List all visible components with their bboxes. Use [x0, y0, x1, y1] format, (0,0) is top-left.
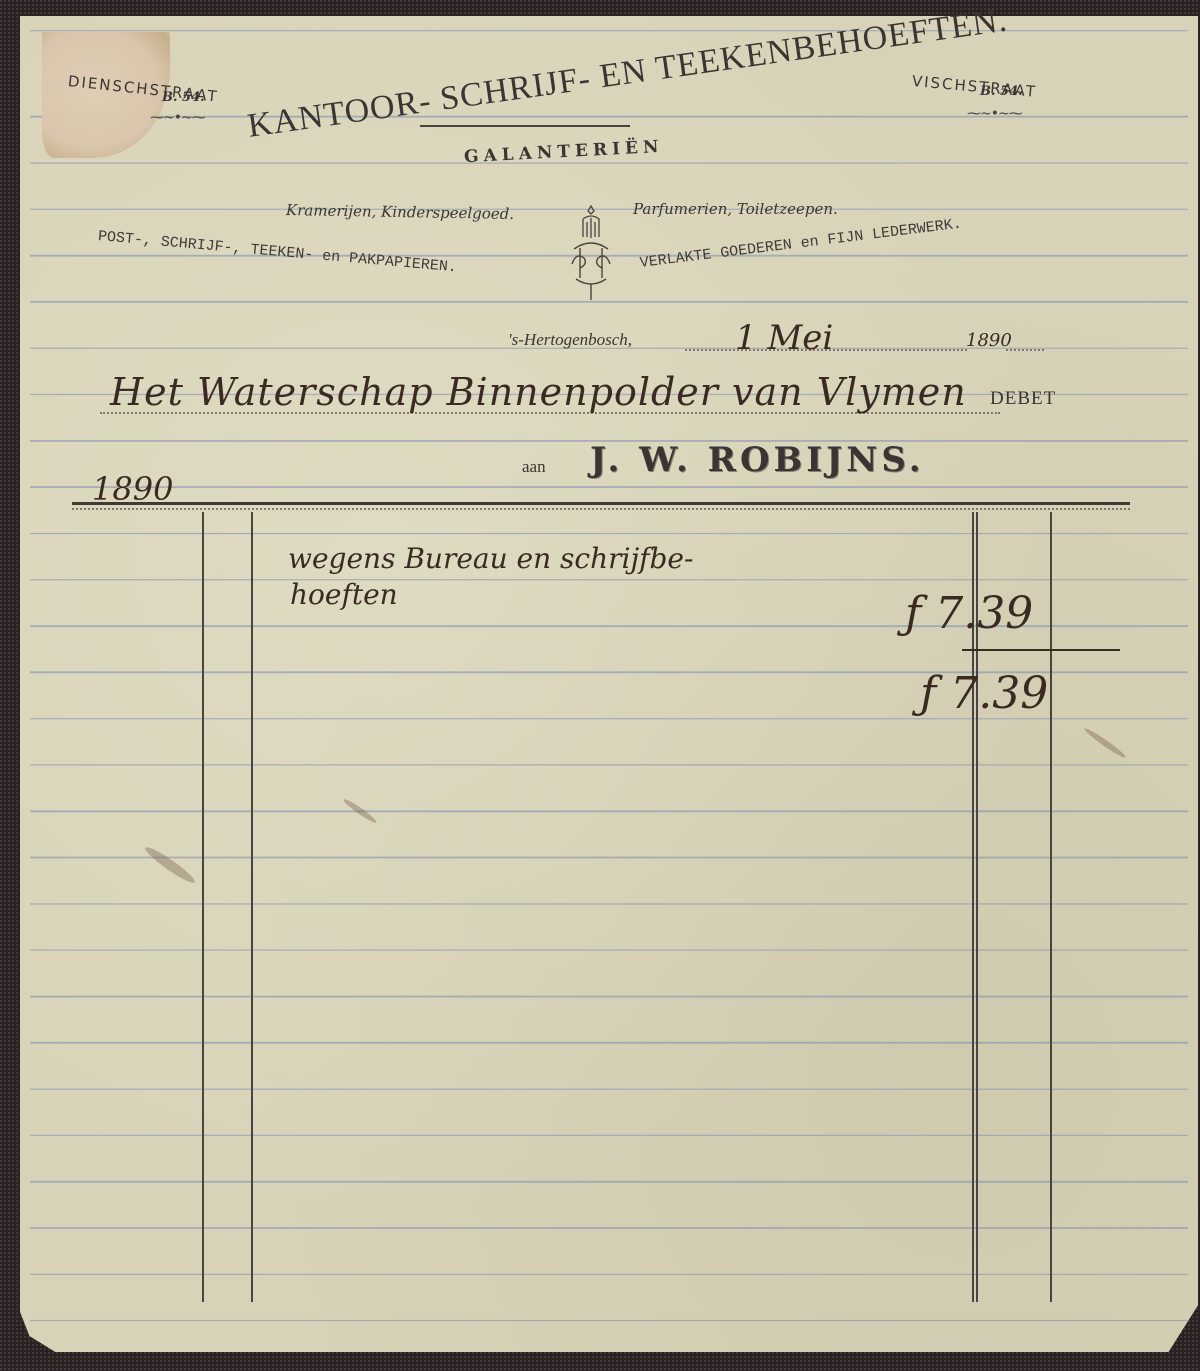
flourish-icon: ⁓~•~⁓: [150, 110, 205, 126]
invoice-date: 1 Mei: [735, 318, 833, 358]
left-address-number: B. 54.: [162, 90, 205, 105]
line-item-amount: ƒ 7.39: [905, 588, 1033, 639]
right-address-number: B. 54.: [980, 84, 1023, 99]
line-item-description-1: wegens Bureau en schrijfbe-: [288, 542, 693, 575]
invoice-total: ƒ 7.39: [920, 668, 1048, 719]
total-rule: [962, 649, 1120, 651]
invoice-recipient: Het Waterschap Binnenpolder van Vlymen: [110, 370, 967, 414]
right-goods: Parfumerien, Toiletzeepen.: [633, 200, 838, 218]
title-divider: [420, 125, 630, 127]
column-rule-date: [202, 512, 204, 1302]
column-rule-description: [251, 512, 253, 1302]
flourish-icon: ⁓~•~⁓: [967, 106, 1022, 122]
table-header-dotted-rule: [72, 508, 1130, 510]
merchant-name: J. W. ROBIJNS.: [590, 440, 925, 480]
column-rule-cents: [1050, 512, 1052, 1302]
table-header-rule: [72, 502, 1130, 505]
invoice-year: 1890: [966, 330, 1012, 351]
debet-label: DEBET: [990, 388, 1056, 410]
aan-label: aan: [522, 457, 546, 477]
invoice-city: 's-Hertogenbosch,: [508, 330, 632, 350]
line-item-description-2: hoeften: [290, 578, 398, 611]
monogram-icon: [566, 204, 616, 304]
